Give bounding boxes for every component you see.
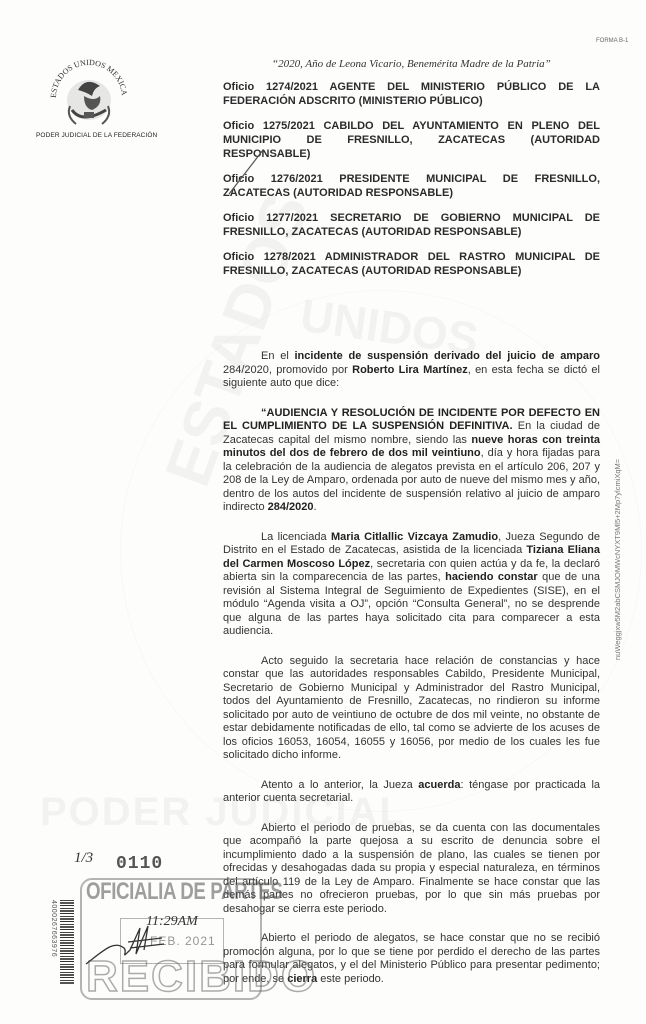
form-code: FORMA B-1	[596, 38, 628, 44]
oficios-list: Oficio 1274/2021 AGENTE DEL MINISTERIO P…	[223, 80, 600, 289]
electronic-signature-code: nuWeggjxw5M2abCSMJOMWcNYXT9Ml5+2Mp7ylcmi…	[613, 459, 622, 660]
paragraph-judge: La licenciada Maria Citlallic Vizcaya Za…	[223, 531, 600, 639]
oficio-item: Oficio 1274/2021 AGENTE DEL MINISTERIO P…	[223, 80, 600, 108]
folio-number: 0110	[116, 854, 163, 874]
mexican-coat-of-arms-icon: ESTADOS UNIDOS MEXICANOS	[44, 50, 134, 136]
paragraph-agreement: Atento a lo anterior, la Jueza acuerda: …	[223, 779, 600, 806]
handwritten-check-mark-icon	[225, 148, 265, 196]
barcode-number: 4000267663976	[50, 900, 57, 957]
oficio-item: Oficio 1276/2021 PRESIDENTE MUNICIPAL DE…	[223, 172, 600, 200]
oficio-item: Oficio 1277/2021 SECRETARIO DE GOBIERNO …	[223, 211, 600, 239]
paragraph-intro: En el incidente de suspensión derivado d…	[223, 350, 600, 391]
handwritten-signature-icon	[84, 920, 174, 970]
oficio-item: Oficio 1278/2021 ADMINISTRADOR DEL RASTR…	[223, 250, 600, 278]
paragraph-hearing: “AUDIENCIA Y RESOLUCIÓN DE INCIDENTE POR…	[223, 407, 600, 515]
institution-name: PODER JUDICIAL DE LA FEDERACIÓN	[36, 132, 157, 139]
paragraph-secretary-report: Acto seguido la secretaria hace relación…	[223, 655, 600, 763]
page-fraction: 1/3	[74, 850, 93, 867]
year-motto: “2020, Año de Leona Vicario, Benemérita …	[272, 58, 551, 70]
stamp-office: OFICIALIA DE PARTES	[86, 878, 282, 906]
barcode	[60, 900, 74, 984]
oficio-item: Oficio 1275/2021 CABILDO DEL AYUNTAMIENT…	[223, 119, 600, 161]
